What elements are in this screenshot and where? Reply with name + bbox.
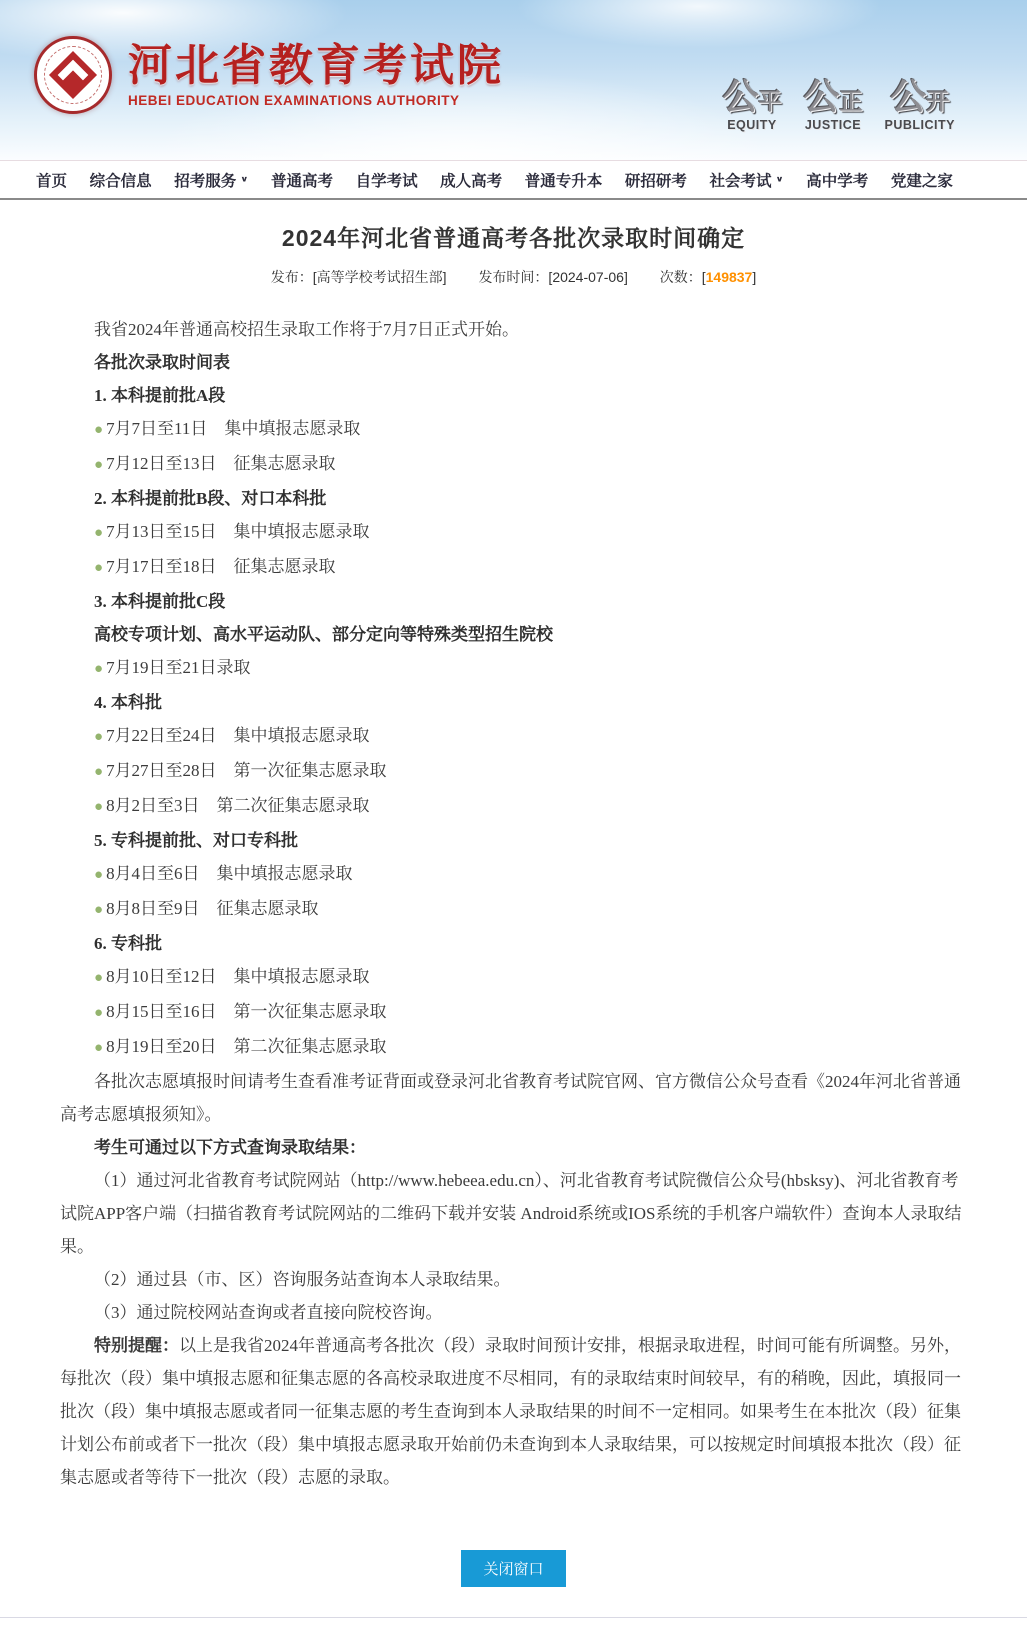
body-paragraph: 各批次志愿填报时间请考生查看准考证背面或登录河北省教育考试院官网、官方微信公众号… — [60, 1065, 967, 1131]
body-paragraph: 特别提醒：以上是我省2024年普通高考各批次（段）录取时间预计安排，根据录取进程… — [60, 1329, 967, 1494]
bullet-icon: ● — [94, 764, 103, 780]
body-paragraph: 我省2024年普通高校招生录取工作将于7月7日正式开始。 — [60, 313, 967, 346]
section-heading: 3. 本科提前批C段 — [60, 585, 967, 618]
emblem-equity: 公平EQUITY — [722, 79, 781, 132]
article: 2024年河北省普通高考各批次录取时间确定 发布：[高等学校考试招生部] 发布时… — [0, 200, 1027, 1618]
site-brand[interactable]: 河北省教育考试院 HEBEI EDUCATION EXAMINATIONS AU… — [34, 36, 504, 114]
nav-item-label: 研招研考 — [625, 169, 687, 191]
nav-item-general-info[interactable]: 综合信息 — [90, 169, 152, 191]
nav-item-label: 普通专升本 — [525, 169, 603, 191]
meta-publisher: 发布：[高等学校考试招生部] — [271, 269, 447, 285]
motto-emblems: 公平EQUITY公正JUSTICE公开PUBLICITY — [722, 79, 955, 132]
nav-item-label: 党建之家 — [891, 169, 953, 191]
nav-item-social-exam[interactable]: 社会考试∨ — [710, 169, 784, 191]
section-heading: 4. 本科批 — [60, 686, 967, 719]
schedule-bullet: ●7月27日至28日 第一次征集志愿录取 — [60, 754, 967, 789]
schedule-bullet: ●7月13日至15日 集中填报志愿录取 — [60, 515, 967, 550]
schedule-bullet: ●8月10日至12日 集中填报志愿录取 — [60, 960, 967, 995]
org-name-en: HEBEI EDUCATION EXAMINATIONS AUTHORITY — [128, 93, 504, 108]
nav-item-label: 自学考试 — [356, 169, 418, 191]
nav-item-highschool-exam[interactable]: 高中学考 — [806, 169, 868, 191]
close-button-row: 关闭窗口 — [0, 1550, 1027, 1587]
schedule-bullet: ●7月22日至24日 集中填报志愿录取 — [60, 719, 967, 754]
page-title: 2024年河北省普通高考各批次录取时间确定 — [0, 220, 1027, 253]
bullet-icon: ● — [94, 525, 103, 541]
nav-item-label: 社会考试 — [710, 169, 772, 191]
bullet-icon: ● — [94, 661, 103, 677]
nav-bar: 首页综合信息招考服务∨普通高考自学考试成人高考普通专升本研招研考社会考试∨高中学… — [0, 160, 1027, 200]
schedule-bullet: ●7月7日至11日 集中填报志愿录取 — [60, 412, 967, 447]
nav-item-label: 成人高考 — [440, 169, 502, 191]
nav-item-adult-gaokao[interactable]: 成人高考 — [440, 169, 502, 191]
section-heading: 1. 本科提前批A段 — [60, 379, 967, 412]
nav-item-general-gaokao[interactable]: 普通高考 — [271, 169, 333, 191]
close-window-button[interactable]: 关闭窗口 — [461, 1550, 565, 1587]
bullet-icon: ● — [94, 970, 103, 986]
emblem-zh-text: 公正 — [804, 79, 863, 115]
meta-view-count: 次数：[149837] — [660, 269, 757, 285]
bullet-icon: ● — [94, 457, 103, 473]
bullet-icon: ● — [94, 422, 103, 438]
nav-item-party-building[interactable]: 党建之家 — [891, 169, 953, 191]
section-heading: 考生可通过以下方式查询录取结果： — [60, 1131, 967, 1164]
site-header: 河北省教育考试院 HEBEI EDUCATION EXAMINATIONS AU… — [0, 0, 1027, 160]
emblem-zh-text: 公平 — [722, 79, 781, 115]
bullet-icon: ● — [94, 1040, 103, 1056]
section-heading: 2. 本科提前批B段、对口本科批 — [60, 482, 967, 515]
meta-count-label: 次数：[ — [660, 269, 706, 285]
article-meta: 发布：[高等学校考试招生部] 发布时间：[2024-07-06] 次数：[149… — [0, 267, 1027, 287]
bullet-icon: ● — [94, 799, 103, 815]
emblem-justice: 公正JUSTICE — [804, 79, 863, 132]
bullet-icon: ● — [94, 867, 103, 883]
schedule-bullet: ●8月2日至3日 第二次征集志愿录取 — [60, 789, 967, 824]
nav-item-label: 综合信息 — [90, 169, 152, 191]
footer-divider — [0, 1617, 1027, 1618]
schedule-bullet: ●8月15日至16日 第一次征集志愿录取 — [60, 995, 967, 1030]
emblem-zh-text: 公开 — [885, 79, 955, 115]
bullet-icon: ● — [94, 1005, 103, 1021]
emblem-en-text: JUSTICE — [804, 118, 863, 132]
body-paragraph: （2）通过县（市、区）咨询服务站查询本人录取结果。 — [60, 1263, 967, 1296]
schedule-bullet: ●7月19日至21日录取 — [60, 651, 967, 686]
nav-item-exam-services[interactable]: 招考服务∨ — [174, 169, 248, 191]
schedule-bullet: ●8月4日至6日 集中填报志愿录取 — [60, 857, 967, 892]
nav-item-graduate-exam[interactable]: 研招研考 — [625, 169, 687, 191]
nav-item-label: 高中学考 — [806, 169, 868, 191]
meta-publish-time: 发布时间：[2024-07-06] — [478, 269, 627, 285]
meta-count-value: 149837 — [706, 269, 753, 285]
brand-text: 河北省教育考试院 HEBEI EDUCATION EXAMINATIONS AU… — [128, 42, 504, 107]
emphasis-prefix: 特别提醒： — [94, 1336, 179, 1355]
section-heading: 高校专项计划、高水平运动队、部分定向等特殊类型招生院校 — [60, 618, 967, 651]
nav-item-label: 普通高考 — [271, 169, 333, 191]
nav-item-label: 招考服务 — [174, 169, 236, 191]
bullet-icon: ● — [94, 902, 103, 918]
schedule-bullet: ●7月17日至18日 征集志愿录取 — [60, 550, 967, 585]
body-paragraph: （1）通过河北省教育考试院网站（http://www.hebeea.edu.cn… — [60, 1164, 967, 1263]
chevron-down-icon: ∨ — [776, 175, 784, 184]
section-heading: 5. 专科提前批、对口专科批 — [60, 824, 967, 857]
nav-item-home[interactable]: 首页 — [36, 169, 67, 191]
schedule-bullet: ●7月12日至13日 征集志愿录取 — [60, 447, 967, 482]
section-heading: 6. 专科批 — [60, 927, 967, 960]
hebeea-logo-icon — [34, 36, 112, 114]
emblem-publicity: 公开PUBLICITY — [885, 79, 955, 132]
article-body: 我省2024年普通高校招生录取工作将于7月7日正式开始。各批次录取时间表1. 本… — [60, 313, 967, 1494]
bullet-icon: ● — [94, 729, 103, 745]
nav-item-zhuanshengben[interactable]: 普通专升本 — [525, 169, 603, 191]
nav-item-self-study-exam[interactable]: 自学考试 — [356, 169, 418, 191]
org-name-zh: 河北省教育考试院 — [128, 42, 504, 90]
bullet-icon: ● — [94, 560, 103, 576]
schedule-bullet: ●8月19日至20日 第二次征集志愿录取 — [60, 1030, 967, 1065]
schedule-bullet: ●8月8日至9日 征集志愿录取 — [60, 892, 967, 927]
chevron-down-icon: ∨ — [240, 175, 248, 184]
nav-item-label: 首页 — [36, 169, 67, 191]
emblem-en-text: EQUITY — [722, 118, 781, 132]
meta-count-close: ] — [752, 269, 756, 285]
section-heading: 各批次录取时间表 — [60, 346, 967, 379]
emblem-en-text: PUBLICITY — [885, 118, 955, 132]
body-paragraph: （3）通过院校网站查询或者直接向院校咨询。 — [60, 1296, 967, 1329]
